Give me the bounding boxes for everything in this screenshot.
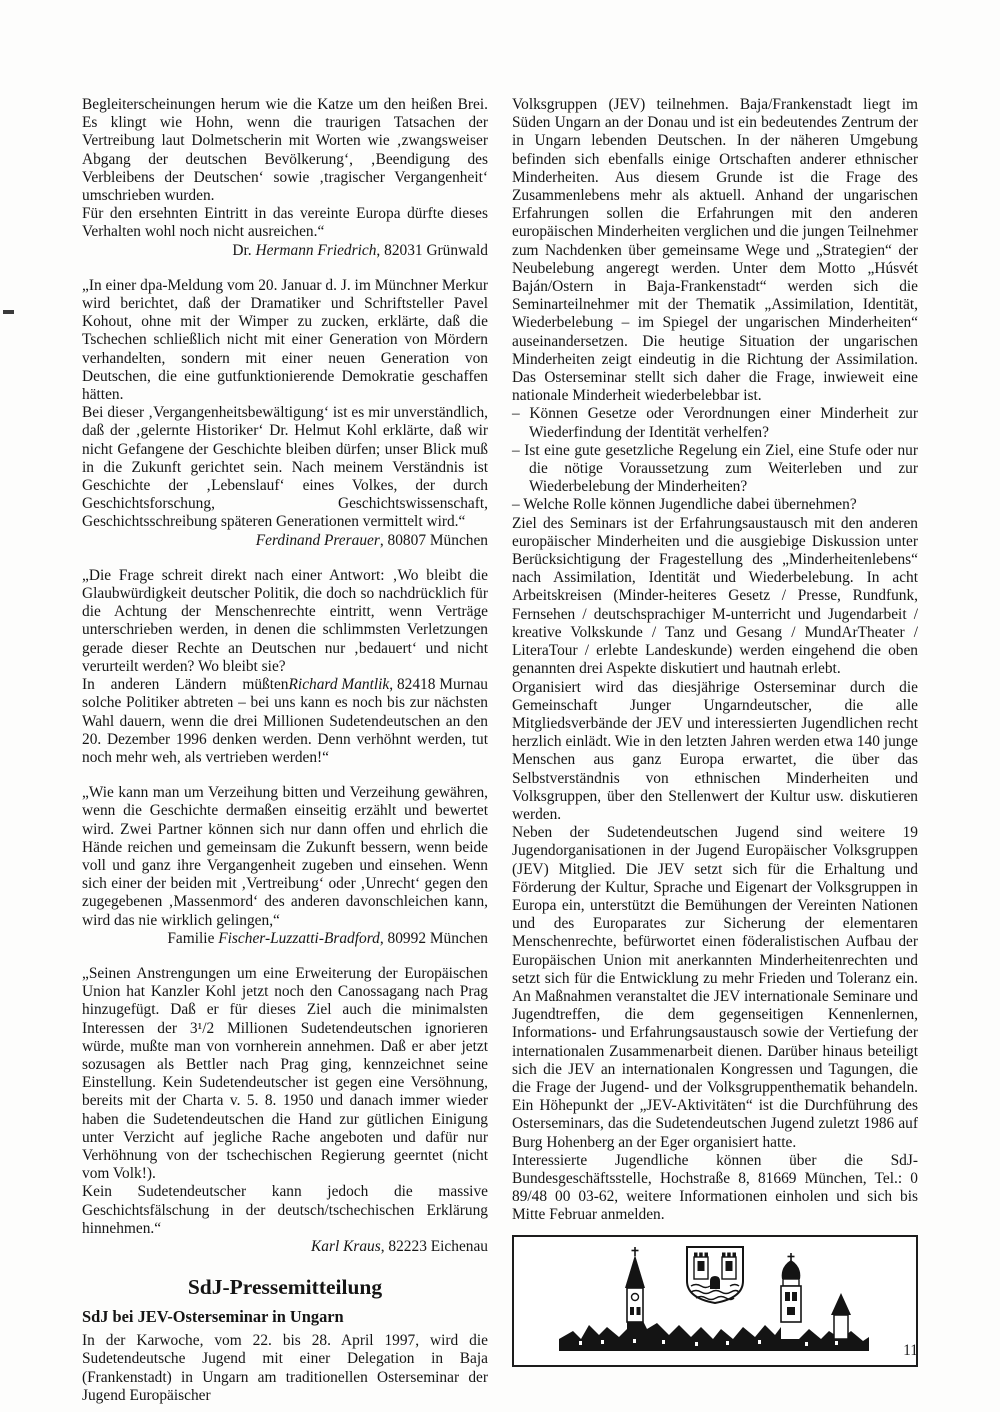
signature-name: Hermann Friedrich [255,242,376,259]
letter-paragraph: Kein Sudetendeutscher kann jedoch die ma… [82,1183,488,1238]
signature-location: , 80992 München [380,930,488,947]
dash-list-item: – Welche Rolle können Jugendliche dabei … [512,496,918,514]
letter-paragraph: Richard Mantlik, 82418 MurnauIn anderen … [82,676,488,767]
letter-signature: Dr. Hermann Friedrich, 82031 Grünwald [82,242,488,260]
signature-name: Richard Mantlik [289,676,390,693]
letter-signature: Familie Fischer-Luzzatti-Bradford, 80992… [82,930,488,948]
signature-prefix: Dr. [232,242,255,259]
signature-location: , 82418 Murnau [389,676,488,693]
letter-paragraph: Begleiterscheinungen herum wie die Katze… [82,96,488,205]
letter-paragraph: Bei dieser ‚Vergangenheitsbewältigung‘ i… [82,404,488,531]
signature-location: , 80807 München [380,532,488,549]
press-release-title: SdJ-Pressemitteilung [82,1274,488,1300]
signature-name: Ferdinand Prerauer [256,532,380,549]
signature-location: , 82223 Eichenau [381,1238,488,1255]
letter-paragraph: „Seinen Anstrengungen um eine Erweiterun… [82,965,488,1183]
press-release-section: SdJ-Pressemitteilung SdJ bei JEV-Osterse… [82,1274,488,1405]
right-column: Volksgruppen (JEV) teilnehmen. Baja/Fran… [512,96,918,1367]
signature-name: Karl Kraus [311,1238,381,1255]
town-skyline-illustration [529,1243,901,1359]
dash-list-item: – Können Gesetze oder Verordnungen einer… [512,405,918,441]
left-column: Begleiterscheinungen herum wie die Katze… [82,96,488,1405]
article-paragraph: Neben der Sudetendeutschen Jugend sind w… [512,824,918,1152]
letter-paragraph: „In einer dpa-Meldung vom 20. Januar d. … [82,277,488,404]
signature-location: , 82031 Grünwald [376,242,488,259]
article-paragraph: Ziel des Seminars ist der Erfahrungsaust… [512,515,918,679]
letter-paragraph: „Die Frage schreit direkt nach einer Ant… [82,567,488,676]
letter-signature: Richard Mantlik, 82418 Murnau [289,676,488,694]
illustration-box [512,1235,918,1367]
letter-friedrich: Begleiterscheinungen herum wie die Katze… [82,96,488,260]
letter-prerauer: „In einer dpa-Meldung vom 20. Januar d. … [82,277,488,550]
coat-of-arms [687,1247,743,1303]
dash-list-item: – Ist eine gute gesetzliche Regelung ein… [512,442,918,497]
letter-signature: Karl Kraus, 82223 Eichenau [82,1238,488,1256]
left-church-tower [625,1247,645,1322]
rooftops-silhouette [559,1321,869,1351]
letter-signature: Ferdinand Prerauer, 80807 München [82,532,488,550]
letter-mantlik: „Die Frage schreit direkt nach einer Ant… [82,567,488,767]
page-number: 11 [903,1342,918,1360]
press-release-subtitle: SdJ bei JEV-Osterseminar in Ungarn [82,1307,488,1327]
scan-artifact-mark [3,310,14,314]
letter-fischer-luzzatti-bradford: „Wie kann man um Verzeihung bitten und V… [82,784,488,948]
letter-paragraph: Für den ersehnten Eintritt in das verein… [82,205,488,241]
letter-paragraph: „Wie kann man um Verzeihung bitten und V… [82,784,488,930]
article-paragraph: Organisiert wird das diesjährige Osterse… [512,679,918,825]
right-church-tower [781,1253,801,1322]
signature-name: Fischer-Luzzatti-Bradford [218,930,380,947]
press-release-paragraph: In der Karwoche, vom 22. bis 28. April 1… [82,1332,488,1405]
signature-prefix: Familie [167,930,218,947]
small-tower [831,1293,851,1339]
magazine-page: Begleiterscheinungen herum wie die Katze… [0,0,1000,1412]
article-paragraph: Interessierte Jugendliche können über di… [512,1152,918,1225]
article-paragraph: Volksgruppen (JEV) teilnehmen. Baja/Fran… [512,96,918,405]
letter-kraus: „Seinen Anstrengungen um eine Erweiterun… [82,965,488,1256]
